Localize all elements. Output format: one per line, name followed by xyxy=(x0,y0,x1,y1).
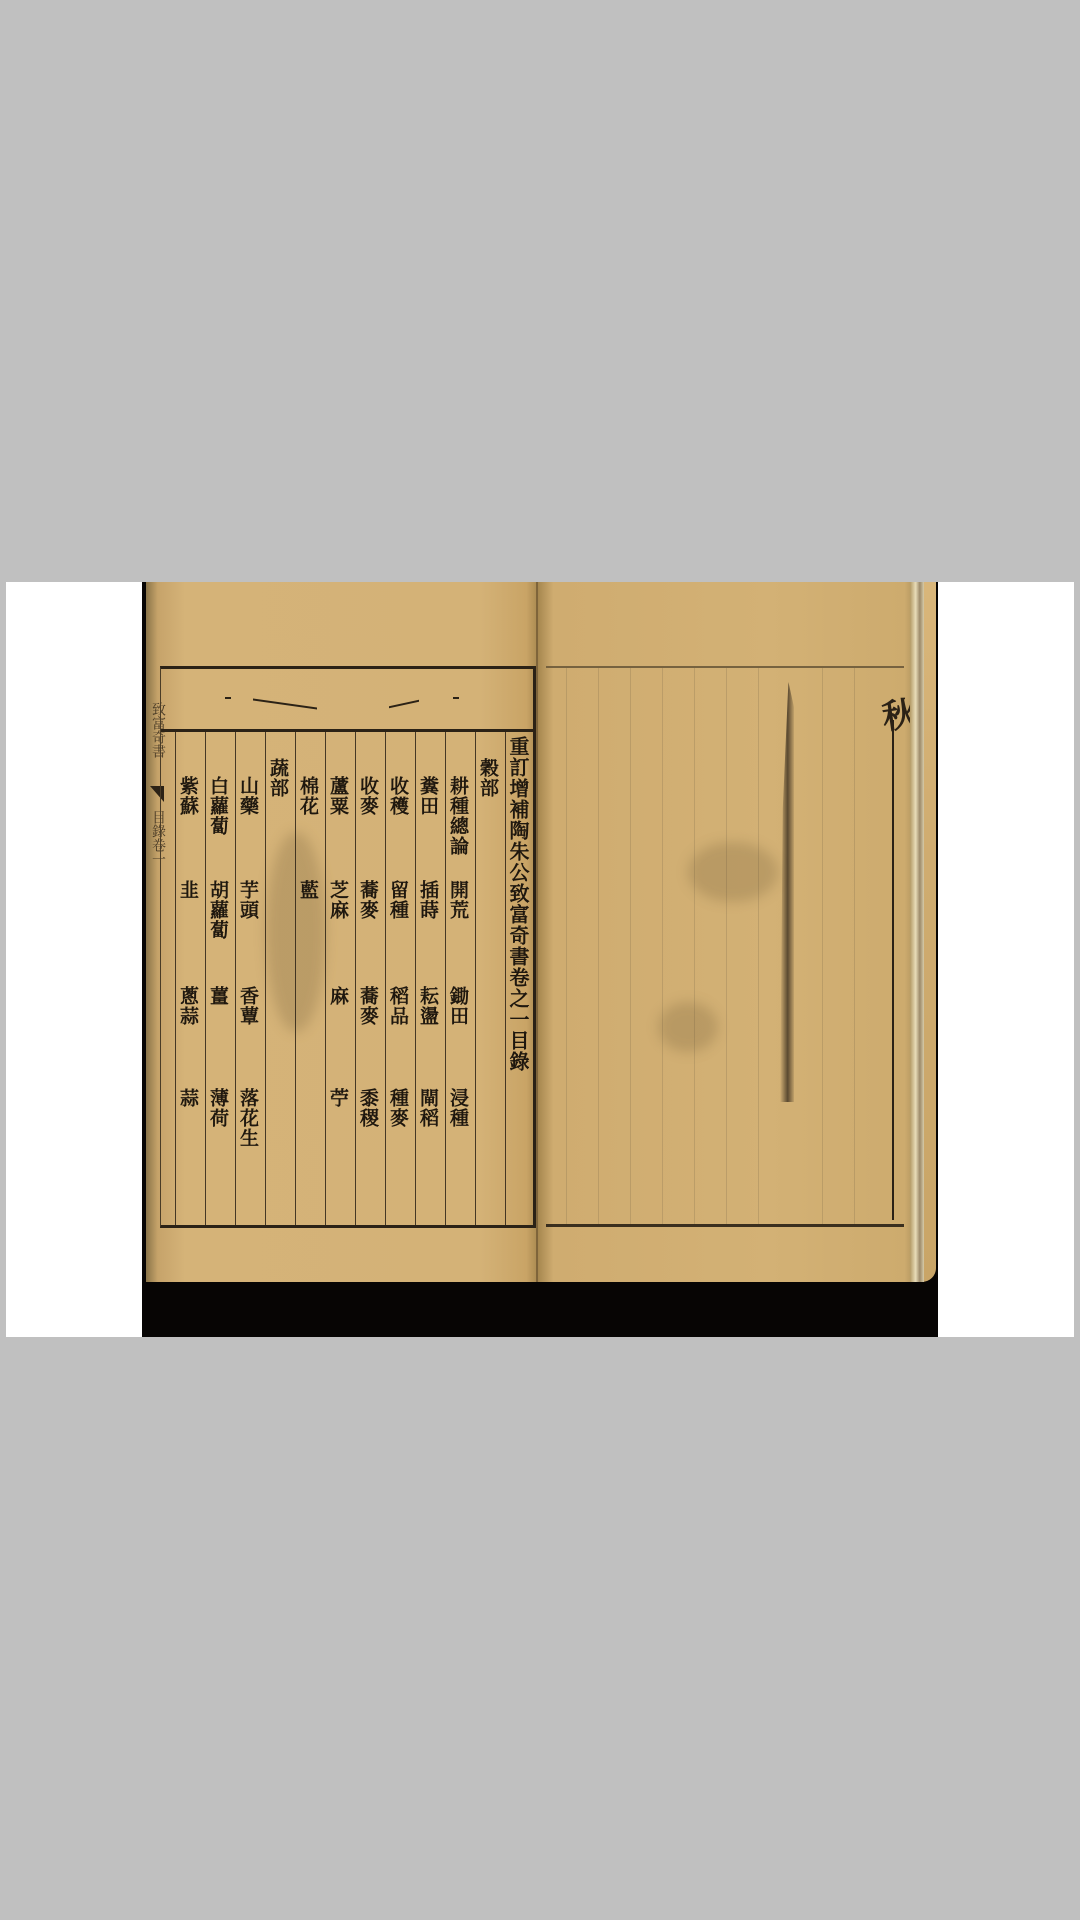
toc-column: 糞田 插蒔 耘盪 閘稻 xyxy=(417,732,443,1225)
toc-entry: 鋤田 xyxy=(447,986,469,1026)
book-spread: 致富奇書 目錄卷一 xyxy=(146,582,936,1282)
toc-entry: 薄荷 xyxy=(207,1088,229,1128)
page-stack-edge xyxy=(910,582,924,1282)
scanned-book-image[interactable]: 致富奇書 目錄卷一 xyxy=(142,582,938,1337)
toc-entry: 蒜 xyxy=(177,1088,199,1108)
toc-column: 耕種總論 開荒 鋤田 浸種 xyxy=(447,732,473,1225)
toc-entry: 苧 xyxy=(327,1088,349,1108)
toc-entry: 浸種 xyxy=(447,1088,469,1128)
toc-entry: 稻品 xyxy=(387,986,409,1026)
toc-column: 白蘿蔔 胡蘿蔔 薑 薄荷 xyxy=(207,732,233,1225)
toc-entry: 插蒔 xyxy=(417,880,439,920)
toc-entry: 收穫 xyxy=(387,776,409,816)
ink-stain xyxy=(658,1002,718,1052)
toc-entry: 藍 xyxy=(297,880,319,900)
toc-entry: 閘稻 xyxy=(417,1088,439,1128)
toc-column: 棉花 藍 xyxy=(297,732,323,1225)
toc-entry: 蕎麥 xyxy=(357,986,379,1026)
table-of-contents: 重訂增補陶朱公致富奇書卷之一目錄 穀部 耕種總論 開荒 鋤田 浸種 xyxy=(161,732,533,1225)
faint-printed-frame xyxy=(546,666,904,1227)
toc-entry: 韭 xyxy=(177,880,199,900)
printed-frame: 重訂增補陶朱公致富奇書卷之一目錄 穀部 耕種總論 開荒 鋤田 浸種 xyxy=(160,666,536,1228)
fishtail-ornament-icon xyxy=(389,690,419,708)
toc-column: 紫蘇 韭 蔥蒜 蒜 xyxy=(177,732,203,1225)
toc-entry: 蔥蒜 xyxy=(177,986,199,1026)
toc-entry: 麻 xyxy=(327,986,349,1006)
right-page-border-line xyxy=(892,720,894,1220)
section-heading: 蔬部 xyxy=(267,758,289,798)
toc-entry: 落花生 xyxy=(237,1088,259,1148)
toc-entry: 胡蘿蔔 xyxy=(207,880,229,940)
toc-entry: 黍稷 xyxy=(357,1088,379,1128)
ink-stain xyxy=(688,842,778,902)
toc-column: 穀部 xyxy=(477,732,503,1225)
toc-entry: 開荒 xyxy=(447,880,469,920)
toc-entry: 芋頭 xyxy=(237,880,259,920)
toc-column: 山藥 芋頭 香蕈 落花生 xyxy=(237,732,263,1225)
fishtail-ornament-icon xyxy=(253,689,317,710)
toc-entry: 收麥 xyxy=(357,776,379,816)
toc-entry: 種麥 xyxy=(387,1088,409,1128)
toc-entry: 芝麻 xyxy=(327,880,349,920)
toc-column: 收麥 蕎麥 蕎麥 黍稷 xyxy=(357,732,383,1225)
toc-entry: 香蕈 xyxy=(237,986,259,1026)
header-band xyxy=(161,669,533,732)
toc-title-column: 重訂增補陶朱公致富奇書卷之一目錄 xyxy=(507,732,533,1225)
left-page: 致富奇書 目錄卷一 xyxy=(146,582,538,1282)
ornament-dot xyxy=(225,697,231,699)
toc-entry: 白蘿蔔 xyxy=(207,776,229,836)
toc-title: 重訂增補陶朱公致富奇書卷之一目錄 xyxy=(507,736,529,1072)
toc-entry: 薑 xyxy=(207,986,229,1006)
toc-column: 蘆粟 芝麻 麻 苧 xyxy=(327,732,353,1225)
toc-entry: 蘆粟 xyxy=(327,776,349,816)
toc-column: 收穫 留種 稻品 種麥 xyxy=(387,732,413,1225)
toc-entry: 糞田 xyxy=(417,776,439,816)
ornament-dot xyxy=(453,697,459,699)
toc-entry: 山藥 xyxy=(237,776,259,816)
toc-entry: 耕種總論 xyxy=(447,776,469,856)
toc-entry: 紫蘇 xyxy=(177,776,199,816)
section-heading: 穀部 xyxy=(477,758,499,798)
toc-entry: 耘盪 xyxy=(417,986,439,1026)
toc-column: 蔬部 xyxy=(267,732,293,1225)
right-page: 秋 xyxy=(538,582,924,1282)
toc-entry: 留種 xyxy=(387,880,409,920)
toc-entry: 棉花 xyxy=(297,776,319,816)
toc-entry: 蕎麥 xyxy=(357,880,379,920)
